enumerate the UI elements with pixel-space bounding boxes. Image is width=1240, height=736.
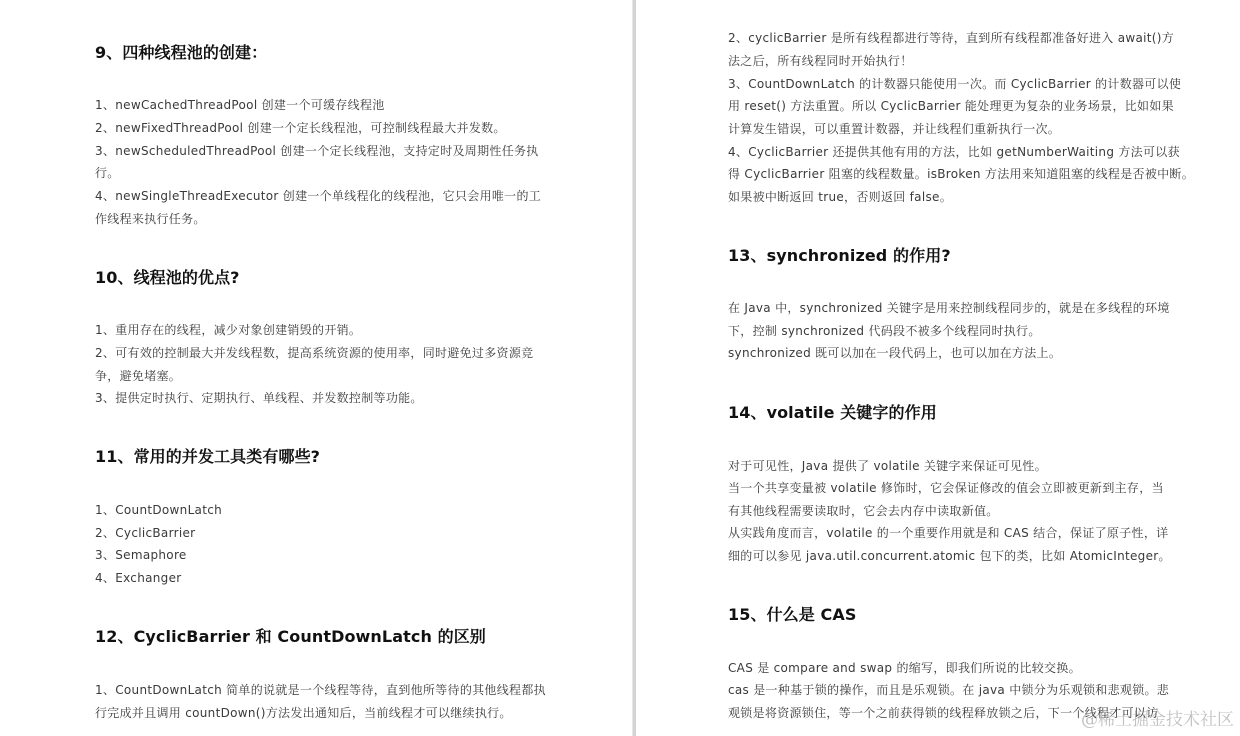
paragraph-line: 2、cyclicBarrier 是所有线程都进行等待，直到所有线程都准备好进入 … [728, 27, 1174, 50]
paragraph-line: 从实践角度而言，volatile 的一个重要作用就是和 CAS 结合，保证了原子… [728, 522, 1168, 545]
paragraph-line: 行。 [95, 162, 120, 185]
paragraph-line: 3、CountDownLatch 的计数器只能使用一次。而 CyclicBarr… [728, 73, 1181, 96]
paragraph-line: 4、Exchanger [95, 567, 182, 590]
section-heading-13: 13、synchronized 的作用? [728, 243, 951, 266]
section-heading-10: 10、线程池的优点? [95, 265, 240, 288]
paragraph-line: 3、提供定时执行、定期执行、单线程、并发数控制等功能。 [95, 387, 423, 410]
paragraph-line: CAS 是 compare and swap 的缩写，即我们所说的比较交换。 [728, 657, 1081, 680]
paragraph-line: 在 Java 中，synchronized 关键字是用来控制线程同步的，就是在多… [728, 297, 1170, 320]
paragraph-line: 计算发生错误，可以重置计数器，并让线程们重新执行一次。 [728, 118, 1060, 141]
paragraph-line: 行完成并且调用 countDown()方法发出通知后，当前线程才可以继续执行。 [95, 702, 512, 725]
paragraph-line: 1、CountDownLatch 简单的说就是一个线程等待，直到他所等待的其他线… [95, 679, 546, 702]
section-heading-9: 9、四种线程池的创建： [95, 40, 267, 63]
paragraph-line: 得 CyclicBarrier 阻塞的线程数量。isBroken 方法用来知道阻… [728, 163, 1194, 186]
section-heading-12: 12、CyclicBarrier 和 CountDownLatch 的区别 [95, 624, 486, 647]
paragraph-line: 2、CyclicBarrier [95, 522, 195, 545]
paragraph-line: 有其他线程需要读取时，它会去内存中读取新值。 [728, 500, 999, 523]
paragraph-line: 1、CountDownLatch [95, 499, 222, 522]
section-heading-11: 11、常用的并发工具类有哪些? [95, 444, 320, 467]
section-heading-15: 15、什么是 CAS [728, 602, 857, 625]
document-page-right: 2、cyclicBarrier 是所有线程都进行等待，直到所有线程都准备好进入 … [636, 0, 1240, 736]
paragraph-line: 法之后，所有线程同时开始执行！ [728, 50, 913, 73]
paragraph-line: 1、重用存在的线程，减少对象创建销毁的开销。 [95, 319, 361, 342]
paragraph-line: 当一个共享变量被 volatile 修饰时，它会保证修改的值会立即被更新到主存，… [728, 477, 1164, 500]
paragraph-line: 3、Semaphore [95, 544, 187, 567]
paragraph-line: 用 reset() 方法重置。所以 CyclicBarrier 能处理更为复杂的… [728, 95, 1174, 118]
paragraph-line: 3、newScheduledThreadPool 创建一个定长线程池，支持定时及… [95, 140, 539, 163]
paragraph-line: cas 是一种基于锁的操作，而且是乐观锁。在 java 中锁分为乐观锁和悲观锁。… [728, 679, 1169, 702]
watermark: @稀土掘金技术社区 [1081, 705, 1234, 730]
paragraph-line: 细的可以参见 java.util.concurrent.atomic 包下的类，… [728, 545, 1171, 568]
paragraph-line: 如果被中断返回 true，否则返回 false。 [728, 186, 952, 209]
section-heading-14: 14、volatile 关键字的作用 [728, 400, 937, 423]
paragraph-line: 下，控制 synchronized 代码段不被多个线程同时执行。 [728, 320, 1041, 343]
document-page-left: 9、四种线程池的创建： 1、newCachedThreadPool 创建一个可缓… [0, 0, 632, 736]
paragraph-line: 4、CyclicBarrier 还提供其他有用的方法，比如 getNumberW… [728, 141, 1180, 164]
paragraph-line: 1、newCachedThreadPool 创建一个可缓存线程池 [95, 94, 385, 117]
paragraph-line: 对于可见性，Java 提供了 volatile 关键字来保证可见性。 [728, 455, 1047, 478]
paragraph-line: 争，避免堵塞。 [95, 365, 181, 388]
paragraph-line: 2、newFixedThreadPool 创建一个定长线程池，可控制线程最大并发… [95, 117, 506, 140]
paragraph-line: synchronized 既可以加在一段代码上，也可以加在方法上。 [728, 342, 1061, 365]
paragraph-line: 作线程来执行任务。 [95, 208, 206, 231]
paragraph-line: 2、可有效的控制最大并发线程数，提高系统资源的使用率，同时避免过多资源竞 [95, 342, 533, 365]
paragraph-line: 4、newSingleThreadExecutor 创建一个单线程化的线程池，它… [95, 185, 541, 208]
